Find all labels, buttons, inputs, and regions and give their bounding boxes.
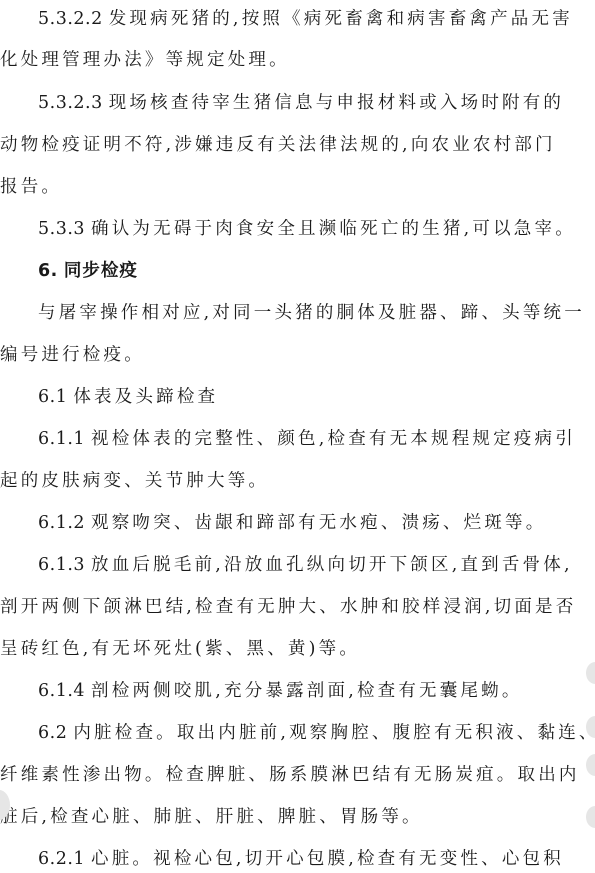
paragraph-text: 动物检疫证明不符,涉嫌违反有关法律法规的,向农业农村部门	[0, 135, 556, 155]
paragraph-text: 发现病死猪的,按照《病死畜禽和病害畜禽产品无害	[109, 9, 573, 29]
paragraph-6-1-3: 6.1.3放血后脱毛前,沿放血孔纵向切开下颌区,直到舌骨体,	[38, 554, 593, 576]
heading-text: 同步检疫	[64, 261, 138, 281]
paragraph-5-3-3: 5.3.3确认为无碍于肉食安全且濒临死亡的生猪,可以急宰。	[38, 218, 593, 240]
section-number: 6.1.4	[38, 681, 85, 701]
paragraph-continuation: 起的皮肤病变、关节肿大等。	[0, 470, 590, 492]
paragraph-6-intro: 与屠宰操作相对应,对同一头猪的胴体及脏器、蹄、头等统一	[38, 302, 593, 324]
paragraph-5-3-2-2: 5.3.2.2发现病死猪的,按照《病死畜禽和病害畜禽产品无害	[38, 8, 593, 30]
paragraph-text: 纤维素性渗出物。检查脾脏、肠系膜淋巴结有无肠炭疽。取出内	[0, 765, 580, 785]
paragraph-6-1-1: 6.1.1视检体表的完整性、颜色,检查有无本规程规定疫病引	[38, 428, 593, 450]
section-number: 6.	[38, 261, 58, 281]
paragraph-6-2-1: 6.2.1心脏。视检心包,切开心包膜,检查有无变性、心包积	[38, 848, 593, 870]
paragraph-text: 剖检两侧咬肌,充分暴露剖面,检查有无囊尾蚴。	[91, 681, 523, 701]
paragraph-text: 放血后脱毛前,沿放血孔纵向切开下颌区,直到舌骨体,	[91, 555, 573, 575]
paragraph-continuation: 剖开两侧下颌淋巴结,检查有无肿大、水肿和胶样浸润,切面是否	[0, 596, 590, 618]
paragraph-text: 剖开两侧下颌淋巴结,检查有无肿大、水肿和胶样浸润,切面是否	[0, 597, 576, 617]
paragraph-6-1-2: 6.1.2观察吻突、齿龈和蹄部有无水疱、溃疡、烂斑等。	[38, 512, 593, 534]
paragraph-text: 观察吻突、齿龈和蹄部有无水疱、溃疡、烂斑等。	[91, 513, 546, 533]
paragraph-continuation: 动物检疫证明不符,涉嫌违反有关法律法规的,向农业农村部门	[0, 134, 590, 156]
paragraph-text: 脏后,检查心脏、肺脏、肝脏、脾脏、胃肠等。	[0, 807, 423, 827]
paragraph-continuation: 报告。	[0, 176, 590, 198]
paragraph-text: 呈砖红色,有无坏死灶(紫、黑、黄)等。	[0, 639, 360, 659]
paragraph-6-1-4: 6.1.4剖检两侧咬肌,充分暴露剖面,检查有无囊尾蚴。	[38, 680, 593, 702]
paragraph-text: 心脏。视检心包,切开心包膜,检查有无变性、心包积	[91, 849, 564, 869]
paragraph-text: 起的皮肤病变、关节肿大等。	[0, 471, 269, 491]
paragraph-text: 与屠宰操作相对应,对同一头猪的胴体及脏器、蹄、头等统一	[38, 303, 585, 323]
paragraph-text: 化处理管理办法》等规定处理。	[0, 50, 290, 70]
section-number: 6.2	[38, 723, 67, 743]
paragraph-text: 现场核查待宰生猪信息与申报材料或入场时附有的	[109, 93, 564, 113]
paragraph-text: 编号进行检疫。	[0, 345, 145, 365]
section-heading-6: 6.同步检疫	[38, 260, 593, 282]
paragraph-continuation: 呈砖红色,有无坏死灶(紫、黑、黄)等。	[0, 638, 590, 660]
document-page: 5.3.2.2发现病死猪的,按照《病死畜禽和病害畜禽产品无害 化处理管理办法》等…	[0, 0, 595, 873]
paragraph-continuation: 编号进行检疫。	[0, 344, 590, 366]
section-number: 5.3.3	[38, 219, 85, 239]
section-number: 5.3.2.2	[38, 9, 103, 29]
paragraph-text: 视检体表的完整性、颜色,检查有无本规程规定疫病引	[91, 429, 576, 449]
paragraph-text: 确认为无碍于肉食安全且濒临死亡的生猪,可以急宰。	[91, 219, 576, 239]
subsection-heading-6-1: 6.1体表及头蹄检查	[38, 386, 593, 408]
section-number: 6.1.3	[38, 555, 85, 575]
paragraph-continuation: 纤维素性渗出物。检查脾脏、肠系膜淋巴结有无肠炭疽。取出内	[0, 764, 590, 786]
paragraph-text: 内脏检查。取出内脏前,观察胸腔、腹腔有无积液、黏连、	[73, 723, 595, 743]
paragraph-text: 报告。	[0, 177, 62, 197]
paragraph-5-3-2-3: 5.3.2.3现场核查待宰生猪信息与申报材料或入场时附有的	[38, 92, 593, 114]
paragraph-continuation: 脏后,检查心脏、肺脏、肝脏、脾脏、胃肠等。	[0, 806, 590, 828]
paragraph-6-2: 6.2内脏检查。取出内脏前,观察胸腔、腹腔有无积液、黏连、	[38, 722, 593, 744]
section-number: 6.1.2	[38, 513, 85, 533]
section-number: 6.1	[38, 387, 67, 407]
section-number: 6.2.1	[38, 849, 85, 869]
paragraph-continuation: 化处理管理办法》等规定处理。	[0, 49, 590, 71]
section-number: 5.3.2.3	[38, 93, 103, 113]
section-number: 6.1.1	[38, 429, 85, 449]
heading-text: 体表及头蹄检查	[73, 387, 218, 407]
